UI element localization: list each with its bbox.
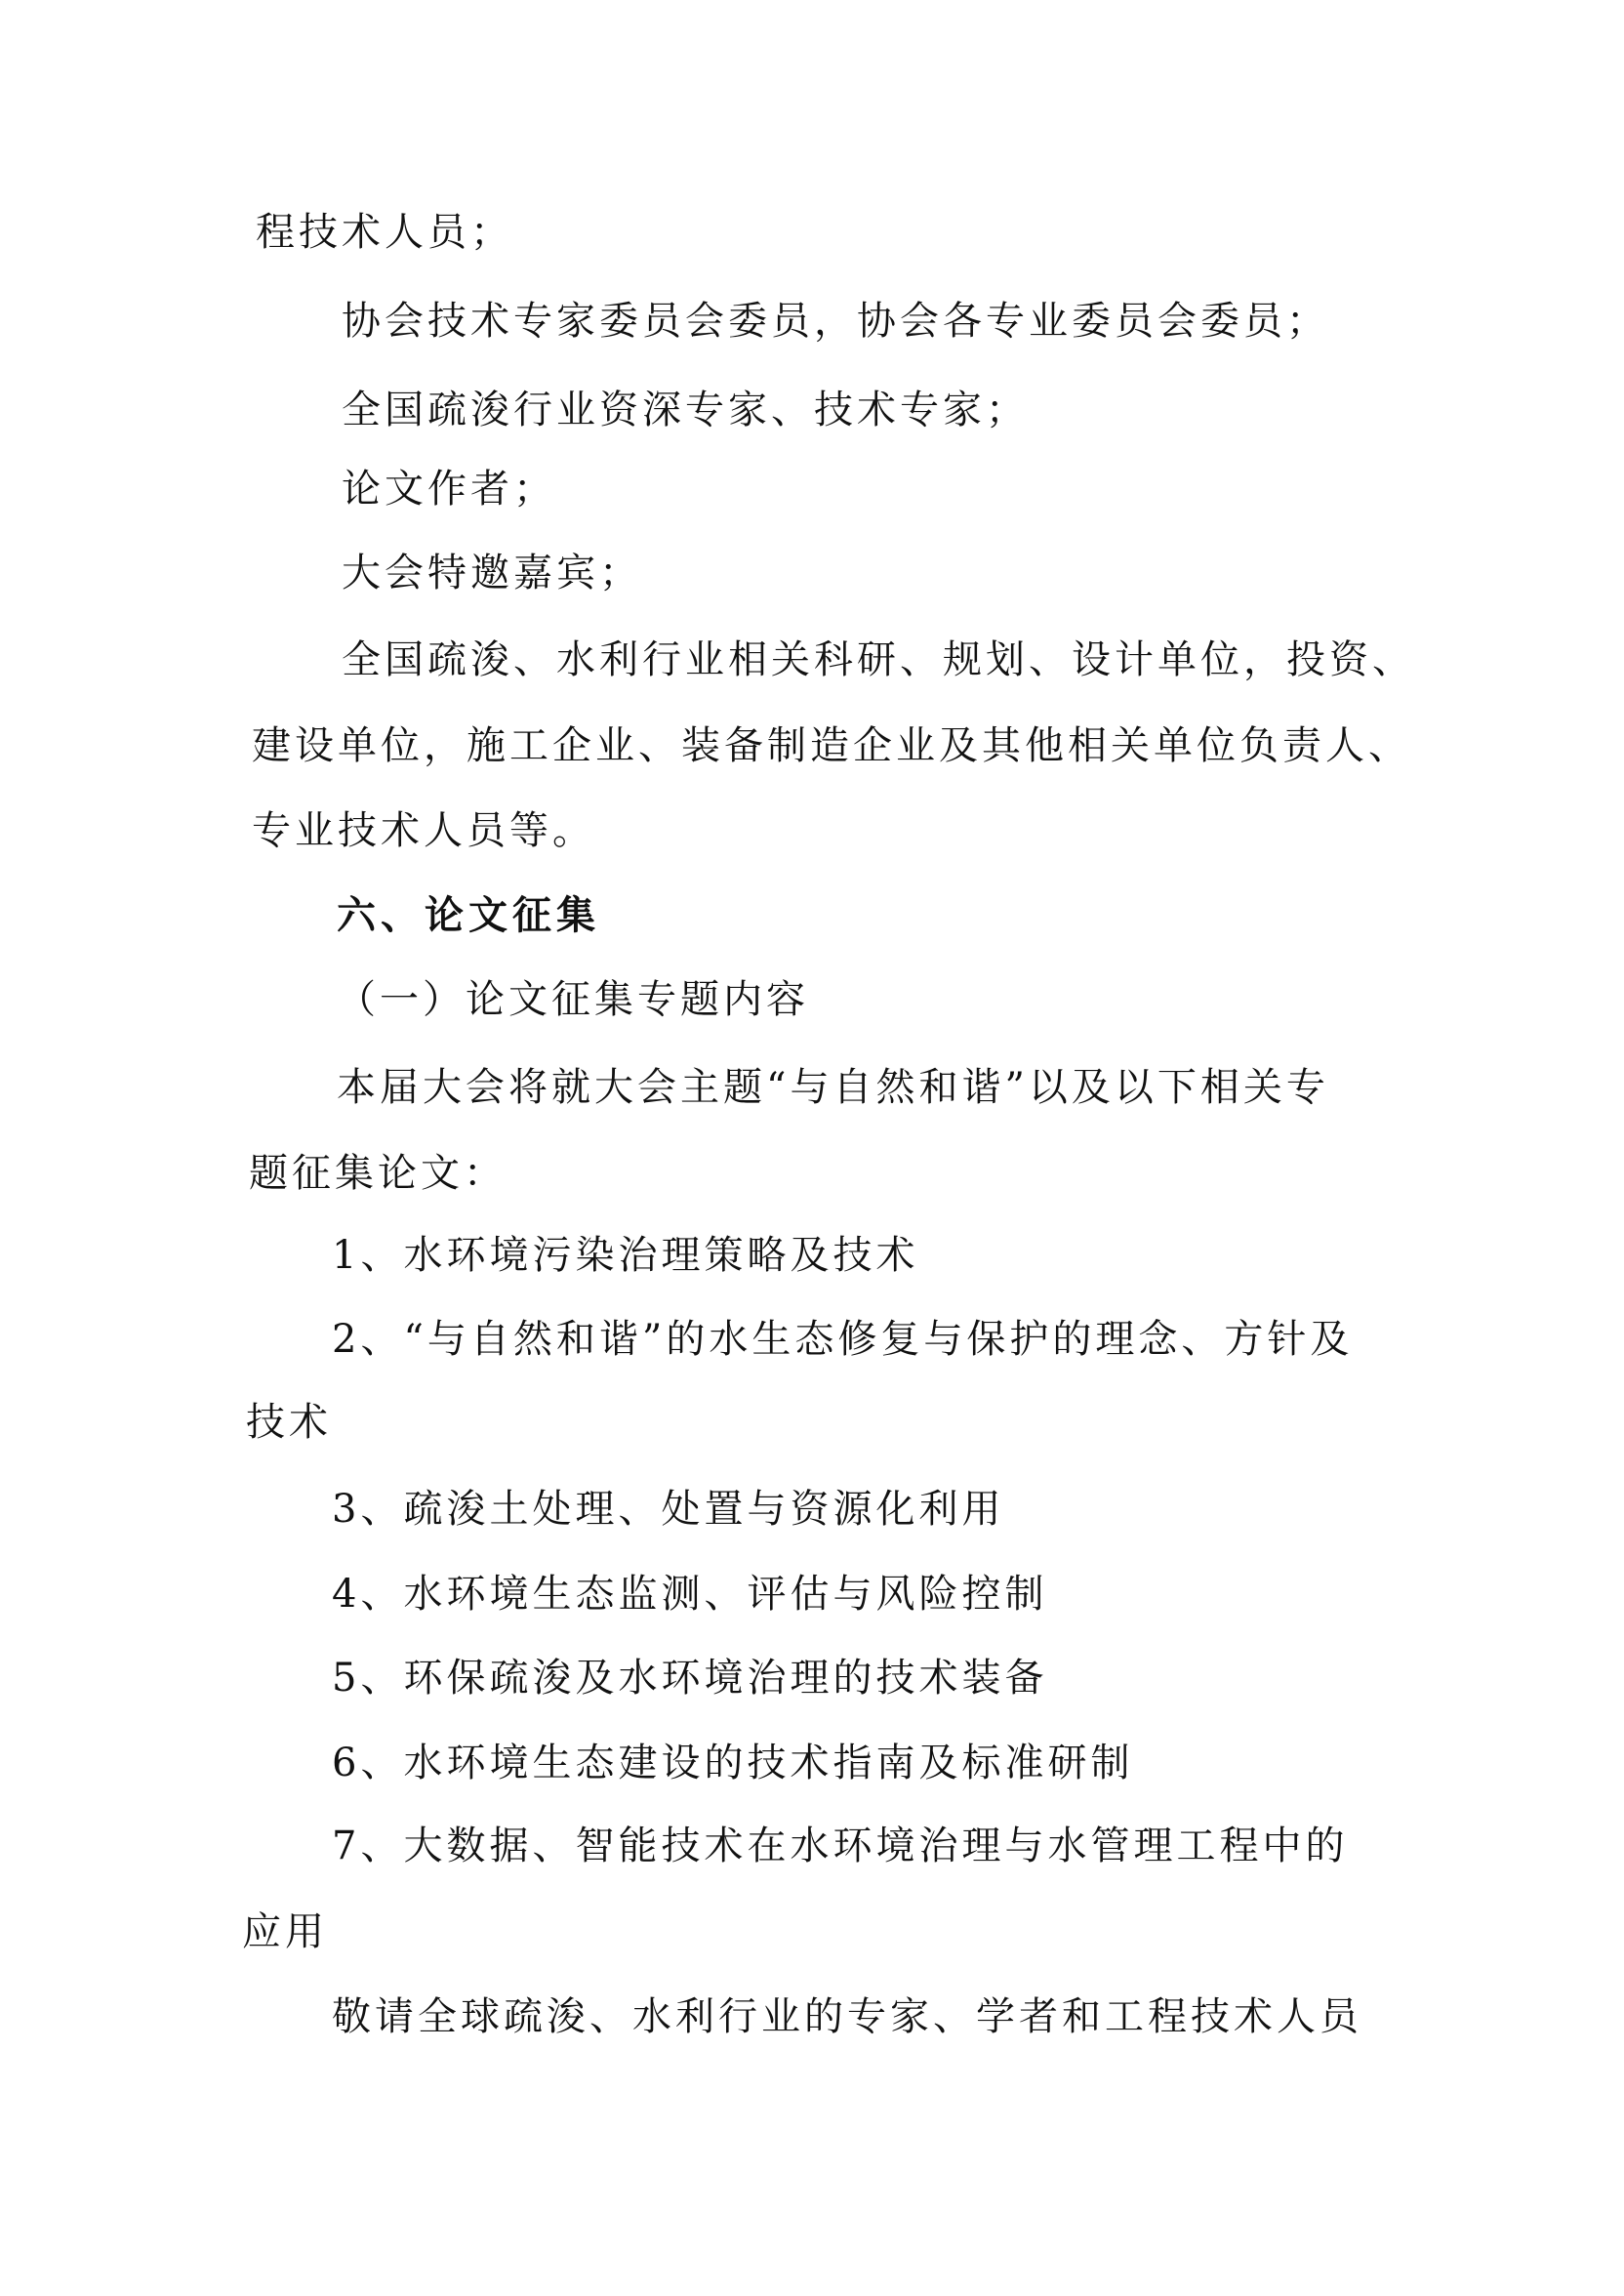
text-line: 6、水环境生态建设的技术指南及标准研制 (332, 1740, 1133, 1786)
text-line: 建设单位，施工企业、装备制造企业及其他相关单位负责人、 (252, 722, 1411, 769)
text-line: 2、“与自然和谐”的水生态修复与保护的理念、方针及 (332, 1316, 1353, 1363)
text-line: 大会特邀嘉宾； (342, 550, 642, 596)
text-line: 应用 (242, 1908, 328, 1955)
section-heading: 六、论文征集 (337, 892, 600, 939)
text-line: 本届大会将就大会主题“与自然和谐”以及以下相关专 (337, 1064, 1329, 1111)
text-line: 技术 (246, 1399, 332, 1446)
text-line: 协会技术专家委员会委员，协会各专业委员会委员； (342, 298, 1329, 345)
text-line: 论文作者； (342, 466, 556, 512)
text-line: 7、大数据、智能技术在水环境治理与水管理工程中的 (332, 1823, 1348, 1869)
text-line: 全国疏浚行业资深专家、技术专家； (342, 387, 1029, 433)
text-line: 题征集论文： (249, 1150, 507, 1197)
text-line: （一）论文征集专题内容 (337, 976, 809, 1023)
text-line: 敬请全球疏浚、水利行业的专家、学者和工程技术人员 (332, 1993, 1362, 2040)
document-page: 程技术人员；协会技术专家委员会委员，协会各专业委员会委员；全国疏浚行业资深专家、… (0, 0, 1624, 2296)
text-line: 程技术人员； (256, 209, 513, 256)
text-line: 5、环保疏浚及水环境治理的技术装备 (332, 1655, 1047, 1701)
text-line: 4、水环境生态监测、评估与风险控制 (332, 1571, 1047, 1618)
text-line: 1、水环境污染治理策略及技术 (332, 1232, 918, 1279)
text-line: 3、疏浚土处理、处置与资源化利用 (332, 1486, 1004, 1533)
text-line: 全国疏浚、水利行业相关科研、规划、设计单位，投资、 (342, 636, 1415, 683)
text-line: 专业技术人员等。 (252, 807, 595, 854)
